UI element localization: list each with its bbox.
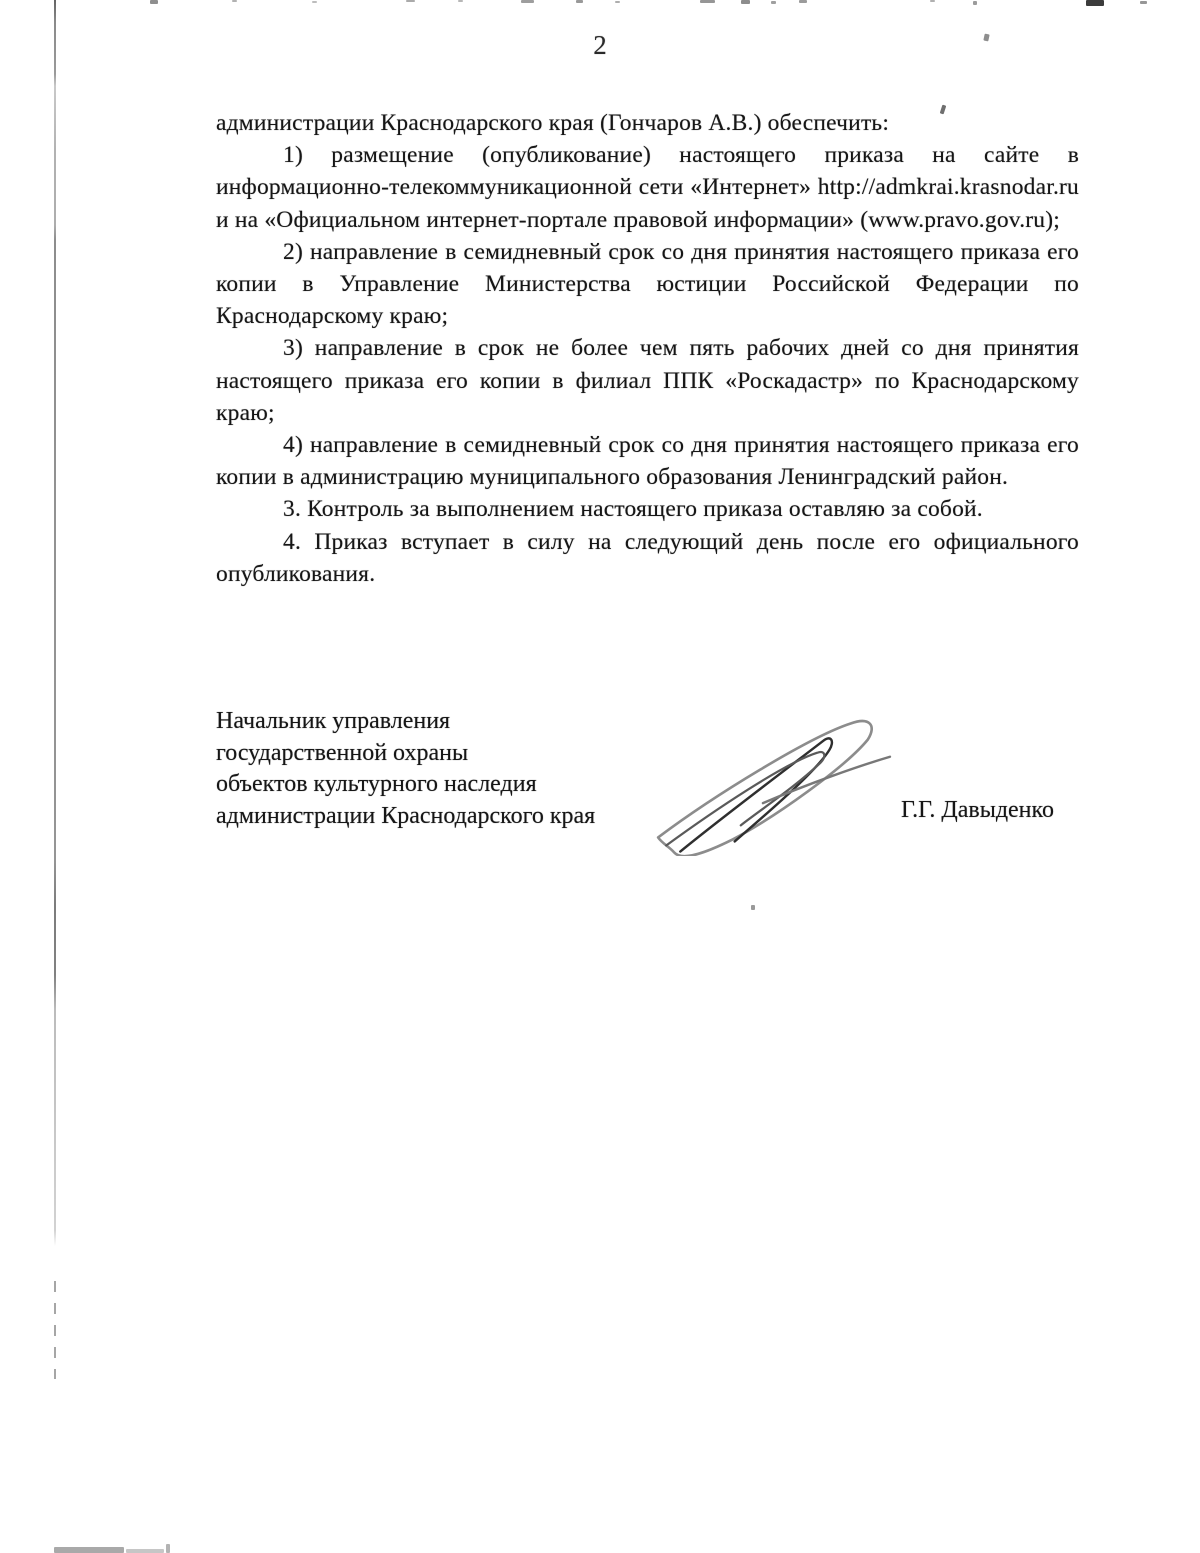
scan-speck — [799, 0, 807, 3]
scan-speck — [771, 1, 776, 4]
scan-speck — [615, 1, 620, 3]
scan-speck — [521, 0, 534, 3]
paragraph-point-4: 4. Приказ вступает в силу на следующий д… — [216, 526, 1079, 590]
scan-speck — [930, 0, 935, 2]
page-number: 2 — [0, 30, 1200, 61]
scan-artifact-bottom-line-faint — [126, 1549, 164, 1553]
scan-speck — [312, 1, 317, 3]
scan-artifact-left-line — [54, 0, 56, 1246]
signer-position-line: государственной охраны — [216, 738, 686, 770]
paragraph-item-4: 4) направление в семидневный срок со дня… — [216, 429, 1079, 493]
scan-speck — [406, 0, 415, 2]
scanned-document-page: 2 администрации Краснодарского края (Гон… — [0, 0, 1200, 1553]
signer-name: Г.Г. Давыденко — [901, 797, 1054, 824]
scan-speck — [751, 905, 755, 910]
paragraph-item-2: 2) направление в семидневный срок со дня… — [216, 236, 1079, 333]
paragraph-point-3: 3. Контроль за выполнением настоящего пр… — [216, 493, 1079, 525]
signer-position-line: администрации Краснодарского края — [216, 801, 686, 833]
scan-speck — [973, 1, 977, 5]
handwritten-signature — [644, 714, 896, 856]
scan-artifact-bottom-line — [54, 1547, 124, 1553]
signer-position-line: Начальник управления — [216, 706, 686, 738]
paragraph-item-3: 3) направление в срок не более чем пять … — [216, 332, 1079, 429]
signer-position-line: объектов культурного наследия — [216, 769, 686, 801]
paragraph-continuation: администрации Краснодарского края (Гонча… — [216, 107, 1079, 139]
scan-artifact-left-dashes — [54, 1281, 56, 1379]
scan-artifact-bottom-tick — [166, 1544, 170, 1553]
signer-position: Начальник управления государственной охр… — [216, 706, 686, 832]
scan-speck — [741, 0, 750, 4]
scan-speck — [458, 0, 463, 2]
scan-speck — [150, 0, 158, 4]
scan-speck-dark — [1086, 0, 1104, 6]
scan-speck — [232, 0, 237, 2]
scan-speck — [700, 0, 715, 3]
scan-speck — [1140, 1, 1147, 4]
paragraph-item-1: 1) размещение (опубликование) настоящего… — [216, 139, 1079, 236]
scan-speck — [576, 0, 583, 3]
document-body: администрации Краснодарского края (Гонча… — [216, 107, 1079, 590]
